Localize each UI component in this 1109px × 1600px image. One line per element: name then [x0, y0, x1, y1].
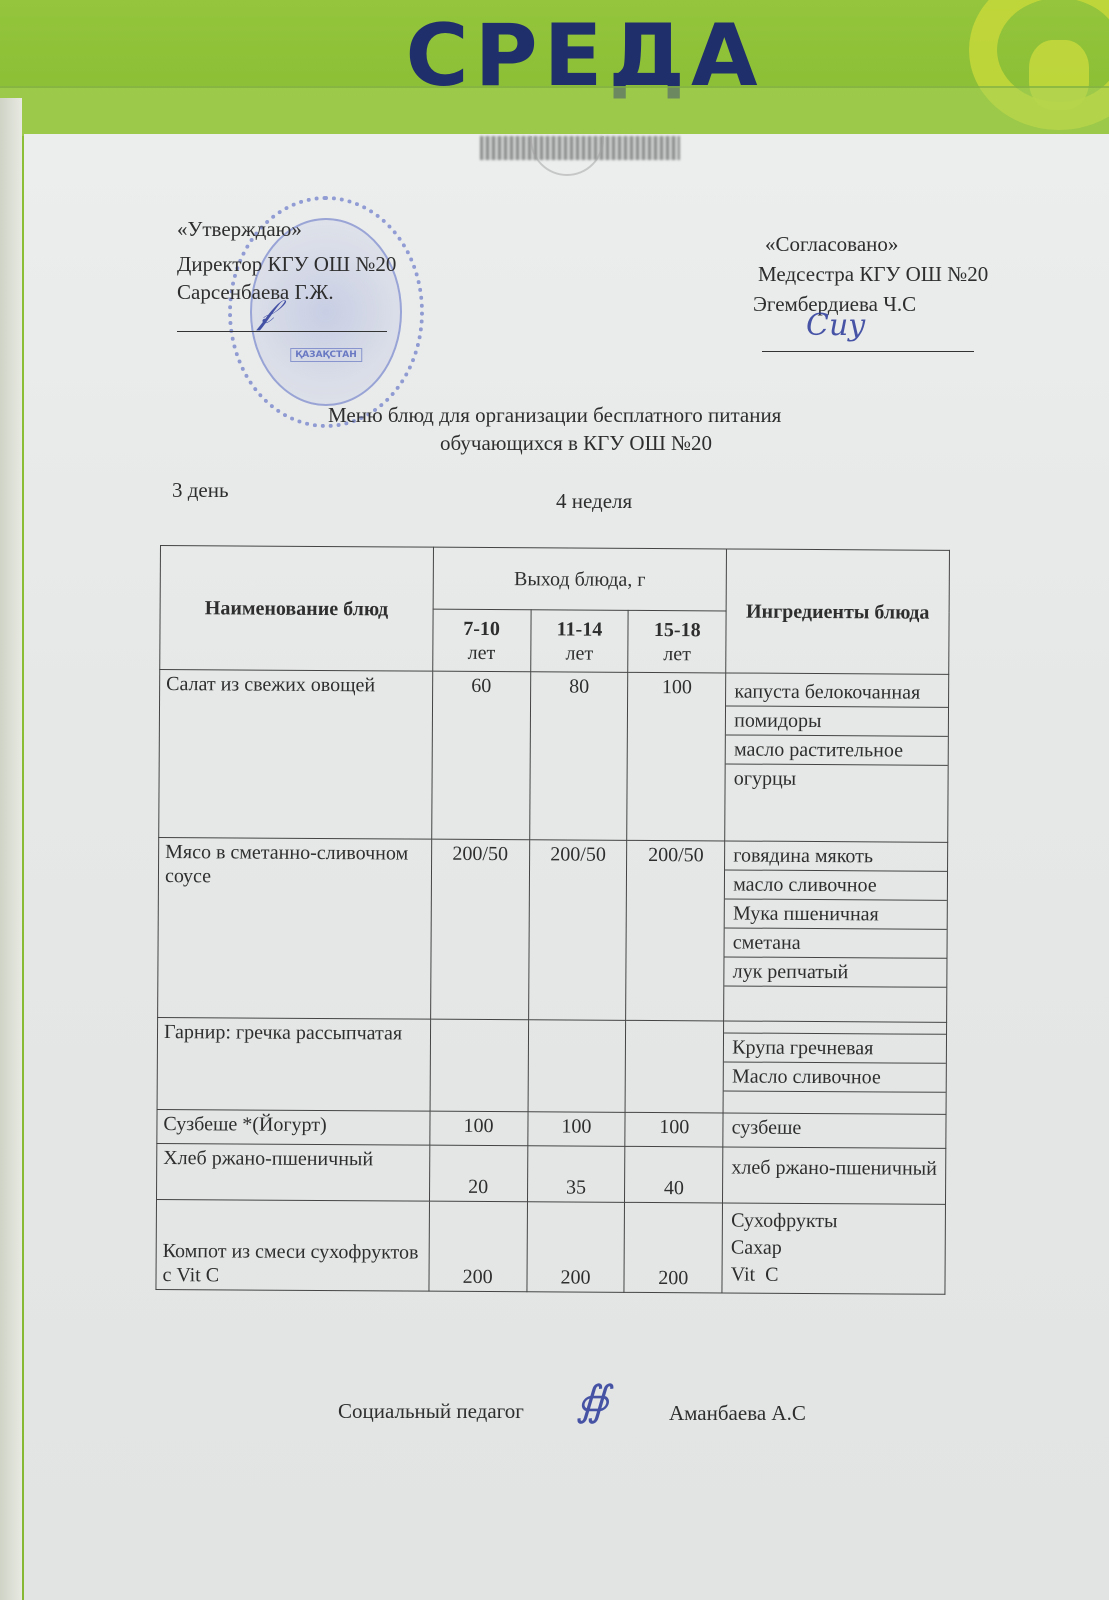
approval-left-position: Директор КГУ ОШ №20: [177, 252, 396, 277]
footer-role: Социальный педагог: [338, 1399, 524, 1424]
day-label: 3 день: [172, 478, 229, 503]
ingredient-item-empty: [724, 1091, 946, 1112]
document-title-line2: обучающихся в КГУ ОШ №20: [440, 431, 712, 456]
yield-7-10: 100: [430, 1111, 528, 1146]
header-age-group: 15-18лет: [628, 610, 726, 673]
ingredient-item: лук репчатый: [725, 957, 947, 987]
ingredient-item: Крупа гречневая: [724, 1033, 946, 1063]
header-age-group: 7-10лет: [432, 609, 530, 672]
header-yield: Выход блюда, г: [433, 547, 727, 611]
ingredient-item: хлеб ржано-пшеничный: [723, 1147, 945, 1182]
yield-7-10: 60: [431, 671, 530, 840]
ingredient-item: Сухофрукты: [723, 1203, 945, 1235]
signature-line-right: [762, 351, 974, 352]
ingredient-item: сузбеше: [724, 1113, 946, 1142]
ingredient-item: Масло сливочное: [724, 1062, 946, 1092]
ingredient-item: Vit C: [723, 1261, 945, 1291]
ingredient-item: капуста белокочанная: [726, 673, 948, 707]
yield-15-18: 200: [624, 1202, 722, 1293]
ingredients-cell: Крупа гречневая Масло сливочное: [723, 1021, 946, 1114]
stamp-label: ҚАЗАҚСТАН: [290, 348, 362, 362]
yield-15-18: 100: [627, 672, 726, 841]
ingredients-cell: хлеб ржано-пшеничный: [723, 1147, 946, 1204]
ingredient-item: масло сливочное: [725, 870, 947, 900]
document-title-line1: Меню блюд для организации бесплатного пи…: [328, 403, 781, 428]
plastic-sleeve-edge: [0, 86, 1109, 136]
table-row: Салат из свежих овощей 60 80 100 капуста…: [159, 670, 949, 843]
table-row: Компот из смеси сухофруктов с Vit C 200 …: [156, 1199, 946, 1294]
ingredient-item: огурцы: [726, 764, 948, 793]
yield-11-14: [528, 1020, 626, 1113]
yield-7-10: 200: [429, 1201, 527, 1292]
ingredient-item-empty: [724, 986, 946, 1015]
yield-15-18: 40: [625, 1146, 723, 1203]
ingredient-item: Мука пшеничная: [725, 899, 947, 929]
yield-11-14: 200: [526, 1202, 624, 1293]
ingredient-item: помидоры: [726, 706, 948, 736]
ingredient-item: сметана: [725, 928, 947, 958]
yield-11-14: 200/50: [528, 840, 627, 1021]
ingredients-cell: сузбеше: [723, 1113, 946, 1148]
nurse-signature: Cuy: [806, 308, 865, 343]
dish-name: Гарнир: гречка рассыпчатая: [157, 1017, 430, 1111]
social-pedagogue-signature: ∯: [576, 1376, 609, 1425]
yield-15-18: 200/50: [626, 840, 725, 1021]
ingredients-cell: говядина мякоть масло сливочное Мука пше…: [724, 841, 948, 1022]
approval-right-heading: «Согласовано»: [765, 232, 898, 257]
ingredient-item: масло растительное: [726, 735, 948, 765]
dish-name: Мясо в сметанно-сливочном соусе: [158, 837, 432, 1019]
approval-left-heading: «Утверждаю»: [177, 217, 302, 242]
header-ingredients: Ингредиенты блюда: [726, 549, 950, 674]
yield-15-18: [625, 1020, 723, 1113]
header-dish-name: Наименование блюд: [160, 546, 433, 672]
week-label: 4 неделя: [556, 489, 632, 514]
yield-11-14: 35: [527, 1146, 625, 1203]
approval-right-position: Медсестра КГУ ОШ №20: [758, 262, 988, 287]
yield-15-18: 100: [625, 1112, 723, 1147]
dish-name: Компот из смеси сухофруктов с Vit C: [156, 1199, 429, 1291]
dish-name: Хлеб ржано-пшеничный: [157, 1143, 430, 1201]
yield-7-10: 20: [429, 1145, 527, 1202]
yield-11-14: 80: [529, 672, 628, 841]
ingredients-cell: капуста белокочанная помидоры масло раст…: [725, 673, 949, 842]
footer-name: Аманбаева А.С: [669, 1401, 806, 1426]
yield-7-10: 200/50: [430, 839, 529, 1020]
yield-11-14: 100: [527, 1112, 625, 1147]
menu-table: Наименование блюд Выход блюда, г Ингреди…: [155, 545, 950, 1295]
dish-name: Сузбеше *(Йогурт): [157, 1109, 430, 1145]
frame-edge: [0, 98, 22, 1600]
table-row: Мясо в сметанно-сливочном соусе 200/50 2…: [158, 837, 948, 1022]
ingredient-item: Сахар: [723, 1234, 945, 1262]
table-row: Хлеб ржано-пшеничный 20 35 40 хлеб ржано…: [157, 1143, 946, 1204]
ingredients-cell: Сухофрукты Сахар Vit C: [722, 1203, 945, 1294]
yield-7-10: [430, 1019, 528, 1112]
table-header-row: Наименование блюд Выход блюда, г Ингреди…: [160, 546, 949, 613]
header-age-group: 11-14лет: [530, 610, 628, 673]
director-signature: 𝒻: [258, 292, 273, 332]
signature-line-left: [177, 331, 387, 332]
dish-name: Салат из свежих овощей: [159, 670, 433, 840]
ingredient-item: говядина мякоть: [725, 841, 947, 871]
table-row: Сузбеше *(Йогурт) 100 100 100 сузбеше: [157, 1109, 946, 1148]
approval-left-name: Сарсенбаева Г.Ж.: [177, 280, 334, 305]
table-row: Гарнир: гречка рассыпчатая Крупа гречнев…: [157, 1017, 947, 1114]
